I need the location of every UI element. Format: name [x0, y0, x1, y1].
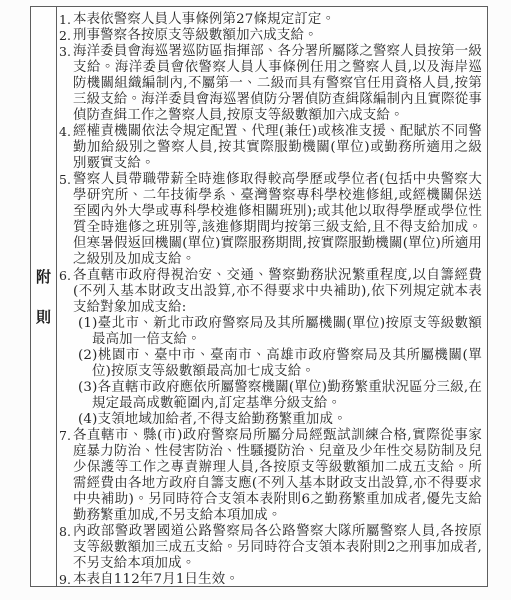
rule-subitem-prefix: (2)	[78, 348, 98, 363]
rule-text-block: 海洋委員會海巡署巡防區指揮部、各分署所屬隊之警察人員按第一級支給。海洋委員會依警…	[73, 44, 482, 124]
section-label-char-ze: 則	[36, 306, 51, 327]
rule-subitem: (4)支領地域加給者,不得支給勤務繁重加成。	[73, 412, 482, 428]
rule-subitem: (1)臺北市、新北市政府警察局及其所屬機關(單位)按原支等級數額最高加一倍支給。	[73, 316, 482, 348]
rule-text-block: 內政部警政署國道公路警察局各公路警察大隊所屬警察人員,各按原支等級數額加三成五支…	[73, 524, 482, 572]
section-label-column: 附 則	[31, 7, 57, 586]
rule-item: 9.本表自112年7月1日生效。	[59, 572, 482, 586]
rule-item: 7.各直轄市、縣(市)政府警察局所屬分局經甄試訓練合格,實際從事家庭暴力防治、性…	[59, 428, 482, 524]
rule-subitem-prefix: (1)	[78, 316, 98, 331]
rule-subitem-text: 支領地域加給者,不得支給勤務繁重加成。	[98, 412, 347, 427]
rule-item: 3.海洋委員會海巡署巡防區指揮部、各分署所屬隊之警察人員按第一級支給。海洋委員會…	[59, 44, 482, 124]
rule-number: 4.	[59, 124, 73, 140]
rule-subitem-text: 桃園市、臺中市、臺南市、高雄市政府警察局及其所屬機關(單位)按原支等級數額最高加…	[92, 348, 482, 379]
rule-item: 4.經權責機關依法令規定配置、代理(兼任)或核准支援、配賦於不同警勤加給級別之警…	[59, 124, 482, 172]
rule-number: 3.	[59, 44, 73, 60]
appendix-rules-table: 附 則 1.本表依警察人員人事條例第27條規定訂定。2.刑事警察各按原支等級數額…	[30, 6, 488, 587]
rule-number: 6.	[59, 268, 73, 284]
rule-subitem-text: 各直轄市政府應依所屬警察機關(單位)勤務繁重狀況區分三級,在規定最高成數範圍內,…	[92, 380, 482, 411]
rule-text: 警察人員帶職帶薪全時進修取得較高學歷或學位者(包括中央警察大學研究所、二年技術學…	[73, 172, 482, 267]
rule-subitem-prefix: (4)	[78, 412, 98, 427]
section-label-char-fu: 附	[36, 266, 51, 287]
rule-text: 各直轄市政府得視治安、交通、警察勤務狀況繁重程度,以自籌經費(不列入基本財政支出…	[73, 268, 482, 315]
rule-subitem-prefix: (3)	[78, 380, 98, 395]
rule-text: 刑事警察各按原支等級數額加六成支給。	[73, 28, 318, 43]
rule-text-block: 警察人員帶職帶薪全時進修取得較高學歷或學位者(包括中央警察大學研究所、二年技術學…	[73, 172, 482, 268]
rule-text: 經權責機關依法令規定配置、代理(兼任)或核准支援、配賦於不同警勤加給級別之警察人…	[73, 124, 482, 171]
rule-text: 各直轄市、縣(市)政府警察局所屬分局經甄試訓練合格,實際從事家庭暴力防治、性侵害…	[73, 428, 482, 523]
rule-number: 5.	[59, 172, 73, 188]
rule-text: 內政部警政署國道公路警察局各公路警察大隊所屬警察人員,各按原支等級數額加三成五支…	[73, 524, 482, 571]
rule-number: 2.	[59, 28, 73, 44]
rule-text-block: 刑事警察各按原支等級數額加六成支給。	[73, 28, 482, 44]
rule-number: 7.	[59, 428, 73, 444]
rule-item: 6.各直轄市政府得視治安、交通、警察勤務狀況繁重程度,以自籌經費(不列入基本財政…	[59, 268, 482, 428]
rule-text-block: 各直轄市政府得視治安、交通、警察勤務狀況繁重程度,以自籌經費(不列入基本財政支出…	[73, 268, 482, 428]
rule-item: 5.警察人員帶職帶薪全時進修取得較高學歷或學位者(包括中央警察大學研究所、二年技…	[59, 172, 482, 268]
rule-item: 1.本表依警察人員人事條例第27條規定訂定。	[59, 12, 482, 28]
rule-text-block: 各直轄市、縣(市)政府警察局所屬分局經甄試訓練合格,實際從事家庭暴力防治、性侵害…	[73, 428, 482, 524]
rule-subitem-text: 臺北市、新北市政府警察局及其所屬機關(單位)按原支等級數額最高加一倍支給。	[92, 316, 482, 347]
rule-item: 8.內政部警政署國道公路警察局各公路警察大隊所屬警察人員,各按原支等級數額加三成…	[59, 524, 482, 572]
rule-item: 2.刑事警察各按原支等級數額加六成支給。	[59, 28, 482, 44]
rule-subitem: (2)桃園市、臺中市、臺南市、高雄市政府警察局及其所屬機關(單位)按原支等級數額…	[73, 348, 482, 380]
rule-text: 本表依警察人員人事條例第27條規定訂定。	[73, 12, 335, 27]
rule-number: 8.	[59, 524, 73, 540]
rules-list: 1.本表依警察人員人事條例第27條規定訂定。2.刑事警察各按原支等級數額加六成支…	[57, 7, 487, 586]
rule-text: 本表自112年7月1日生效。	[73, 572, 239, 586]
rule-text-block: 本表依警察人員人事條例第27條規定訂定。	[73, 12, 482, 28]
rule-subitem: (3)各直轄市政府應依所屬警察機關(單位)勤務繁重狀況區分三級,在規定最高成數範…	[73, 380, 482, 412]
rule-text-block: 經權責機關依法令規定配置、代理(兼任)或核准支援、配賦於不同警勤加給級別之警察人…	[73, 124, 482, 172]
rule-number: 9.	[59, 572, 73, 586]
rule-text: 海洋委員會海巡署巡防區指揮部、各分署所屬隊之警察人員按第一級支給。海洋委員會依警…	[73, 44, 482, 123]
rule-text-block: 本表自112年7月1日生效。	[73, 572, 482, 586]
document-page: 附 則 1.本表依警察人員人事條例第27條規定訂定。2.刑事警察各按原支等級數額…	[0, 0, 511, 600]
rule-number: 1.	[59, 12, 73, 28]
